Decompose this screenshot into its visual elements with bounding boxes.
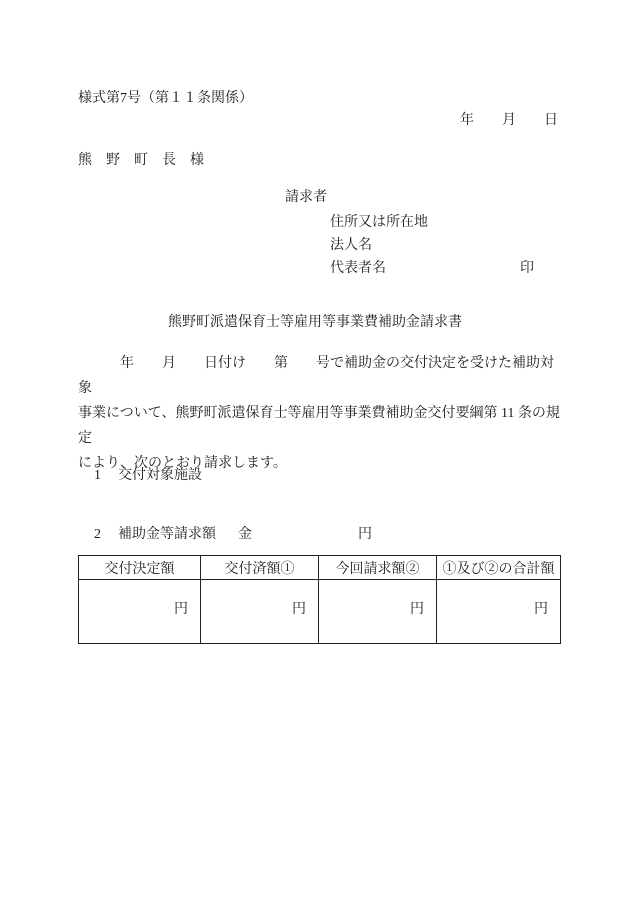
table-header-row: 交付決定額 交付済額① 今回請求額② ①及び②の合計額 [79, 556, 561, 580]
section-1: 1交付対象施設 [80, 452, 202, 500]
requester-representative-label: 代表者名 [330, 261, 386, 277]
section-2-currency-suffix: 円 [358, 527, 372, 542]
section-1-number: 1 [94, 468, 101, 483]
header-grant-decided-amount: 交付決定額 [79, 556, 201, 580]
section-2-currency-prefix: 金 [238, 527, 252, 542]
date-line: 年 月 日 [460, 113, 558, 129]
addressee: 熊 野 町 長 様 [78, 153, 204, 169]
form-number: 様式第7号（第１１条関係） [78, 91, 253, 107]
section-2-label: 補助金等請求額 [118, 527, 216, 542]
requester-label: 請求者 [285, 190, 327, 206]
cell-current-claim-amount: 円 [319, 580, 437, 644]
requester-corporate-name-label: 法人名 [330, 238, 372, 254]
seal-mark: 印 [520, 261, 534, 277]
requester-address-label: 住所又は所在地 [330, 215, 428, 231]
section-2: 2補助金等請求額金円 [80, 511, 372, 559]
cell-grant-decided-amount: 円 [79, 580, 201, 644]
amount-table: 交付決定額 交付済額① 今回請求額② ①及び②の合計額 円 円 円 円 [78, 555, 561, 644]
body-line-1: 年 月 日付け 第 号で補助金の交付決定を受けた補助対象 [78, 351, 562, 401]
table-row: 円 円 円 円 [79, 580, 561, 644]
header-total-amount: ①及び②の合計額 [437, 556, 561, 580]
body-line-2: 事業について、熊野町派遣保育士等雇用等事業費補助金交付要綱第 11 条の規定 [78, 401, 562, 451]
document-title: 熊野町派遣保育士等雇用等事業費補助金請求書 [0, 315, 630, 331]
header-paid-amount: 交付済額① [201, 556, 319, 580]
header-current-claim-amount: 今回請求額② [319, 556, 437, 580]
cell-total-amount: 円 [437, 580, 561, 644]
cell-paid-amount: 円 [201, 580, 319, 644]
form-page: 様式第7号（第１１条関係） 年 月 日 熊 野 町 長 様 請求者 住所又は所在… [0, 0, 630, 903]
section-1-label: 交付対象施設 [118, 468, 202, 483]
section-2-number: 2 [94, 527, 101, 542]
